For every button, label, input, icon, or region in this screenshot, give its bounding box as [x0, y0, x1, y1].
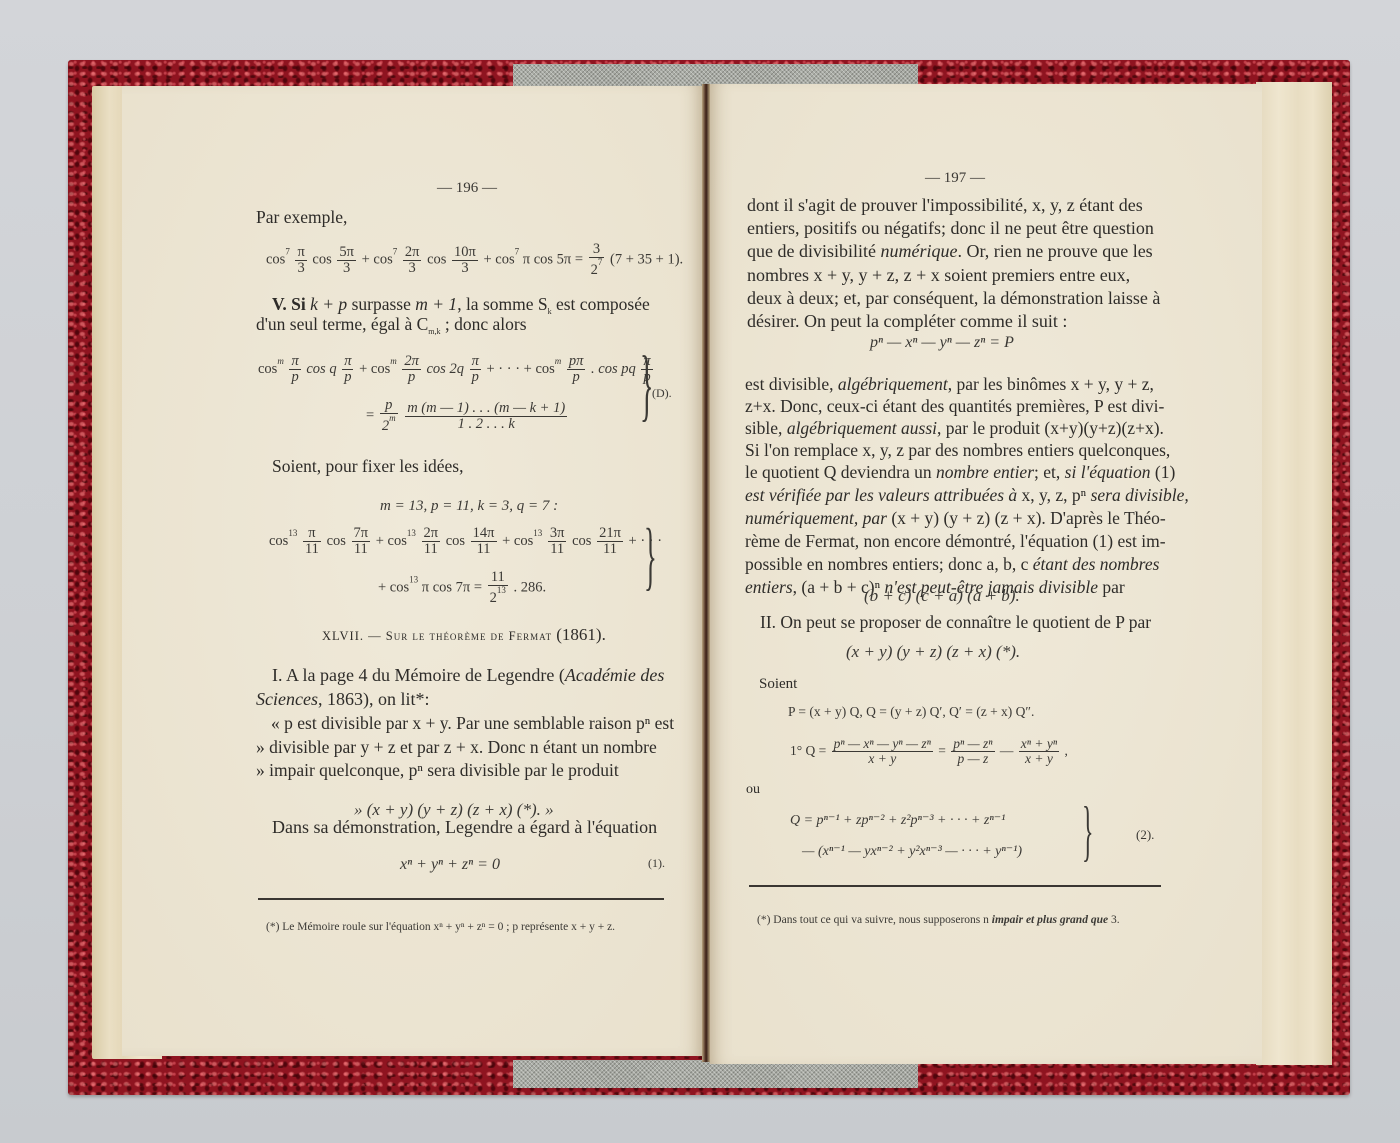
- equation-d-line-1: cosm πp cos q πp + cosm 2πp cos 2q πp + …: [258, 354, 655, 385]
- brace-equation-2: }: [1082, 800, 1093, 860]
- footnote-left: (*) Le Mémoire roule sur l'équation xⁿ +…: [266, 921, 615, 933]
- page-number-196: — 196 —: [437, 180, 497, 197]
- spine-cloth-bottom: [513, 1060, 918, 1088]
- equation-definitions: P = (x + y) Q, Q = (y + z) Q′, Q′ = (z +…: [788, 704, 1034, 720]
- equation-example-line-2: + cos13 π cos 7π = 11213 . 286.: [378, 570, 546, 606]
- right-p3: II. On peut se proposer de connaître le …: [760, 608, 1151, 636]
- paragraph-dans: Dans sa démonstration, Legendre a égard …: [272, 813, 657, 841]
- right-p1-line-6: désirer. On peut la compléter comme il s…: [747, 307, 1067, 335]
- equation-2-line-2: — (xⁿ⁻¹ — yxⁿ⁻² + y²xⁿ⁻³ — · · · + yⁿ⁻¹): [802, 843, 1022, 860]
- equation-p: pⁿ — xⁿ — yⁿ — zⁿ = P: [870, 334, 1014, 352]
- footnote-right: (*) Dans tout ce qui va suivre, nous sup…: [757, 914, 1120, 926]
- equation-label-2: (2).: [1136, 827, 1154, 843]
- brace-d: }: [640, 355, 653, 415]
- equation-example-line-1: cos13 π11 cos 7π11 + cos13 2π11 cos 14π1…: [269, 526, 662, 557]
- fermat-equation: xⁿ + yⁿ + zⁿ = 0: [400, 856, 500, 874]
- soient-right: Soient: [759, 670, 797, 698]
- ou-text: ou: [746, 776, 760, 804]
- equation-bca: (b + c) (c + a) (a + b).: [864, 586, 1020, 606]
- equation-label-d: (D).: [652, 386, 672, 401]
- footnote-rule-right: [749, 885, 1161, 887]
- page-number-197: — 197 —: [925, 170, 985, 187]
- values-line: m = 13, p = 11, k = 3, q = 7 :: [380, 498, 558, 515]
- soient-text: Soient, pour fixer les idées,: [272, 452, 463, 480]
- brace-example: }: [644, 526, 657, 586]
- equation-product: (x + y) (y + z) (z + x) (*).: [846, 642, 1020, 662]
- equation-cos-example: cos7 π3 cos 5π3 + cos7 2π3 cos 10π3 + co…: [266, 242, 683, 278]
- paragraph-i-line-5: » impair quelconque, pⁿ sera divisible p…: [256, 756, 619, 784]
- equation-d-line-2: = p2m m (m — 1) . . . (m — k + 1)1 . 2 .…: [366, 398, 569, 434]
- right-page-block-edge: [1256, 82, 1332, 1065]
- equation-q1: 1° Q = pⁿ — xⁿ — yⁿ — zⁿx + y = pⁿ — zⁿp…: [790, 737, 1068, 766]
- book-gutter: [702, 84, 710, 1062]
- section-heading-xlvii: XLVII. — Sur le théorème de Fermat (1861…: [322, 625, 606, 645]
- paragraph-v-line-2: d'un seul terme, égal à Cm,k ; donc alor…: [256, 310, 527, 346]
- equation-label-1: (1).: [648, 856, 665, 871]
- equation-2-line-1: Q = pⁿ⁻¹ + zpⁿ⁻² + z²pⁿ⁻³ + · · · + zⁿ⁻¹: [790, 812, 1005, 829]
- footnote-rule-left: [258, 898, 664, 900]
- intro-text: Par exemple,: [256, 203, 347, 231]
